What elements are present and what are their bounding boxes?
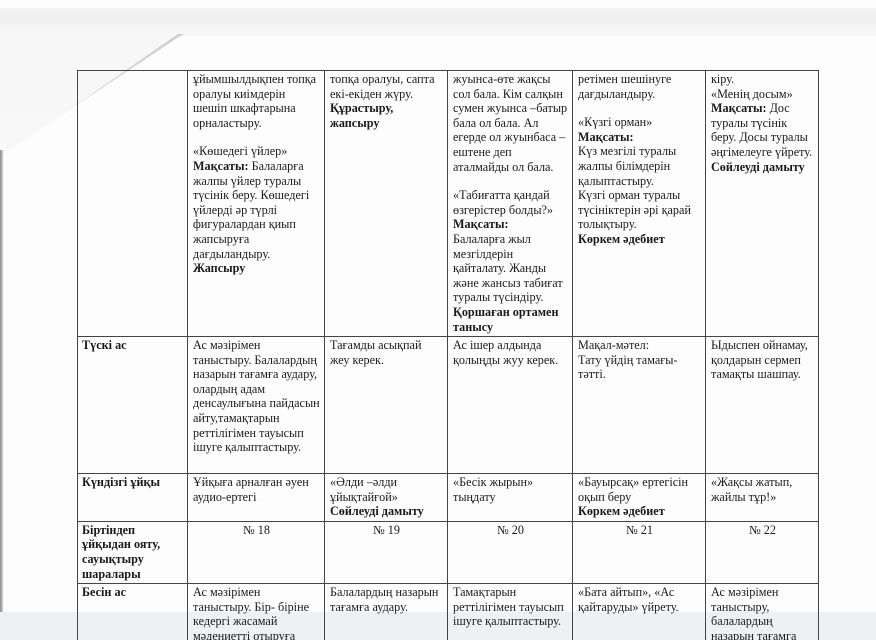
cell-text: Ас ішер алдында қолыңды жуу керек. [453,338,568,367]
scan-top-edge [0,0,876,8]
cell-text-run: «Бата айтып», «Ас қайтаруды» үйрету. [578,585,679,614]
cell-text-run: Көркем әдебиет [578,232,665,246]
cell-text: Ыдыспен ойнамау, қолдарын сермеп тамақты… [711,338,814,382]
table-cell: «Жақсы жатып, жайлы тұр!» [706,474,819,522]
table-cell: Ыдыспен ойнамау, қолдарын сермеп тамақты… [706,337,819,474]
row-label [78,71,188,337]
cell-heading-text: Мақсаты: [578,130,701,145]
cell-text: № 18 [193,523,320,538]
table-cell: жуынса-өте жақсы сол бала. Кім салқын су… [448,71,573,337]
table-cell: № 22 [706,521,819,583]
cell-text: «Бата айтып», «Ас қайтаруды» үйрету. [578,585,701,614]
cell-heading-text: Мақсаты: Балаларға жалпы үйлер туралы тү… [193,159,320,261]
cell-text-run: № 20 [497,523,524,537]
table-cell: Мақал-мәтел:Тату үйдің тамағы-тәтті. [573,337,706,474]
table-cell: Тамақтарын реттілігімен тауысып ішуге қа… [448,584,573,640]
cell-heading-text: Сөйлеуді дамыту [330,504,443,519]
cell-text-run: Күзгі орман туралы түсініктерін әрі қара… [578,188,691,231]
cell-text-run: кіру. [711,72,734,86]
cell-text: «Күзгі орман» [578,115,701,130]
cell-text: «Менің досым» [711,87,814,102]
cell-text: топқа оралуы, сапта екі-екіден жүру. [330,72,443,101]
cell-text-run: ұйымшылдықпен топқа оралуы киімдерін шеш… [193,72,316,130]
cell-text-run: Мақал-мәтел: [578,338,649,352]
weekly-plan-table: ұйымшылдықпен топқа оралуы киімдерін шеш… [77,70,819,640]
cell-text-run: Ас мәзірімен таныстыру. Балалардың назар… [193,338,320,454]
cell-text-run: Күз мезгілі туралы жалпы білімдерін қалы… [578,144,676,187]
cell-heading-text: Құрастыру, жапсыру [330,101,443,130]
cell-text-run: Көркем әдебиет [578,504,665,518]
cell-text-run: № 22 [749,523,776,537]
table-cell: «Бесік жырын» тыңдату [448,474,573,522]
table-cell: № 21 [573,521,706,583]
cell-text: «Бесік жырын» тыңдату [453,475,568,504]
paragraph-gap [193,130,320,144]
cell-text-run: Қоршаған ортамен танысу [453,305,558,334]
cell-text-run: Мақсаты: [578,130,634,144]
cell-text: «Жақсы жатып, жайлы тұр!» [711,475,814,504]
cell-heading-text: Мақсаты: Дос туралы түсінік беру. Досы т… [711,101,814,159]
cell-text-run: Мақсаты: [193,159,249,173]
cell-text: № 19 [330,523,443,538]
cell-text-run: № 19 [373,523,400,537]
table-row: Біртіндеп ұйқыдан ояту, сауықтыру шарала… [78,521,819,583]
cell-text: Тамақтарын реттілігімен тауысып ішуге қа… [453,585,568,629]
table-cell: «Әлди –әлди ұйықтайғой»Сөйлеуді дамыту [325,474,448,522]
cell-heading-text: Көркем әдебиет [578,232,701,247]
table-row: Бесін асАс мәзірімен таныстыру. Бір- бір… [78,584,819,640]
cell-text-run: Балаларға жыл мезгілдерін қайталату. Жан… [453,232,563,304]
cell-text: Ас мәзірімен таныстыру. Балалардың назар… [193,338,320,455]
row-label: Біртіндеп ұйқыдан ояту, сауықтыру шарала… [78,521,188,583]
table-cell: ұйымшылдықпен топқа оралуы киімдерін шеш… [188,71,325,337]
table-cell: Ас ішер алдында қолыңды жуу керек. [448,337,573,474]
table-cell: Тағамды асықпай жеу керек. [325,337,448,474]
cell-text-run: № 18 [243,523,270,537]
cell-heading-text: Сөйлеуді дамыту [711,160,814,175]
cell-heading-text: Қоршаған ортамен танысу [453,305,568,334]
cell-text-run: Ұйқыға арналған әуен аудио-ертегі [193,475,309,504]
table-row: Күндізгі ұйқыҰйқыға арналған әуен аудио-… [78,474,819,522]
table-row: Түскі асАс мәзірімен таныстыру. Балалард… [78,337,819,474]
table-cell: № 20 [448,521,573,583]
cell-text: Ас мәзірімен таныстыру. Бір- біріне кеде… [193,585,320,640]
table-cell: Ас мәзірімен таныстыру. Бір- біріне кеде… [188,584,325,640]
row-label: Күндізгі ұйқы [78,474,188,522]
cell-text-run: Сөйлеуді дамыту [330,504,424,518]
cell-text-run: Балаларға жалпы үйлер туралы түсінік бер… [193,159,309,261]
cell-text-run: «Бауырсақ» ертегісін оқып беру [578,475,688,504]
cell-text-run: Жапсыру [193,261,245,275]
table-cell: Ұйқыға арналған әуен аудио-ертегі [188,474,325,522]
cell-text-run: Ыдыспен ойнамау, қолдарын сермеп тамақты… [711,338,808,381]
table-cell: Ас мәзірімен таныстыру. Балалардың назар… [188,337,325,474]
table-cell: № 19 [325,521,448,583]
paragraph-gap [453,174,568,188]
paper-left-edge [0,150,3,640]
cell-text-run: Құрастыру, жапсыру [330,101,393,130]
cell-text: Балаларға жыл мезгілдерін қайталату. Жан… [453,232,568,305]
table-cell: кіру. «Менің досым»Мақсаты: Дос туралы т… [706,71,819,337]
table-cell: ретімен шешінуге дағдыландыру.«Күзгі орм… [573,71,706,337]
cell-text-run: Сөйлеуді дамыту [711,160,805,174]
cell-text: Тағамды асықпай жеу керек. [330,338,443,367]
cell-text-run: топқа оралуы, сапта екі-екіден жүру. [330,72,435,101]
cell-text: «Әлди –әлди ұйықтайғой» [330,475,443,504]
cell-text-run: Ас мәзірімен таныстыру, балалардың назар… [711,585,796,640]
cell-text-run: Тағамды асықпай жеу керек. [330,338,422,367]
table-cell: Балалардың назарын тағамға аудару. [325,584,448,640]
cell-heading-text: Көркем әдебиет [578,504,701,519]
cell-text-run: жуынса-өте жақсы сол бала. Кім салқын су… [453,72,567,174]
table-cell: № 18 [188,521,325,583]
cell-text-run: Балалардың назарын тағамға аудару. [330,585,438,614]
cell-heading-text: Мақсаты: [453,217,568,232]
cell-text: Күз мезгілі туралы жалпы білімдерін қалы… [578,144,701,188]
cell-text: кіру. [711,72,814,87]
table-cell: топқа оралуы, сапта екі-екіден жүру.Құра… [325,71,448,337]
table-row: ұйымшылдықпен топқа оралуы киімдерін шеш… [78,71,819,337]
cell-text: Балалардың назарын тағамға аудару. [330,585,443,614]
cell-text-run: Мақсаты: [453,217,509,231]
cell-text: «Табиғатта қандай өзгерістер болды?» [453,188,568,217]
cell-text: «Көшедегі үйлер» [193,144,320,159]
cell-text-run: «Бесік жырын» тыңдату [453,475,533,504]
cell-text: Тату үйдің тамағы-тәтті. [578,353,701,382]
cell-text: ретімен шешінуге дағдыландыру. [578,72,701,101]
row-label: Түскі ас [78,337,188,474]
cell-text-run: Тамақтарын реттілігімен тауысып ішуге қа… [453,585,564,628]
cell-text: № 21 [578,523,701,538]
cell-text-run: Мақсаты: [711,101,767,115]
cell-text-run: ретімен шешінуге дағдыландыру. [578,72,671,101]
cell-text-run: «Көшедегі үйлер» [193,144,287,158]
cell-text: № 20 [453,523,568,538]
paragraph-gap [578,101,701,115]
cell-heading-text: Жапсыру [193,261,320,276]
row-label: Бесін ас [78,584,188,640]
cell-text: ұйымшылдықпен топқа оралуы киімдерін шеш… [193,72,320,130]
cell-text-run: «Әлди –әлди ұйықтайғой» [330,475,398,504]
cell-text: «Бауырсақ» ертегісін оқып беру [578,475,701,504]
cell-text-run: Ас мәзірімен таныстыру. Бір- біріне кеде… [193,585,309,640]
table-cell: Ас мәзірімен таныстыру, балалардың назар… [706,584,819,640]
cell-text-run: «Жақсы жатып, жайлы тұр!» [711,475,792,504]
cell-text: Ас мәзірімен таныстыру, балалардың назар… [711,585,814,640]
cell-text-run: «Менің досым» [711,87,793,101]
cell-text-run: Ас ішер алдында қолыңды жуу керек. [453,338,558,367]
cell-text: Күзгі орман туралы түсініктерін әрі қара… [578,188,701,232]
cell-text-run: «Күзгі орман» [578,115,652,129]
cell-text: Ұйқыға арналған әуен аудио-ертегі [193,475,320,504]
table-cell: «Бата айтып», «Ас қайтаруды» үйрету. [573,584,706,640]
cell-text: Мақал-мәтел: [578,338,701,353]
table-cell: «Бауырсақ» ертегісін оқып беруКөркем әде… [573,474,706,522]
cell-text: жуынса-өте жақсы сол бала. Кім салқын су… [453,72,568,174]
cell-text: № 22 [711,523,814,538]
cell-text-run: Тату үйдің тамағы-тәтті. [578,353,677,382]
cell-text-run: «Табиғатта қандай өзгерістер болды?» [453,188,553,217]
cell-text-run: № 21 [626,523,653,537]
